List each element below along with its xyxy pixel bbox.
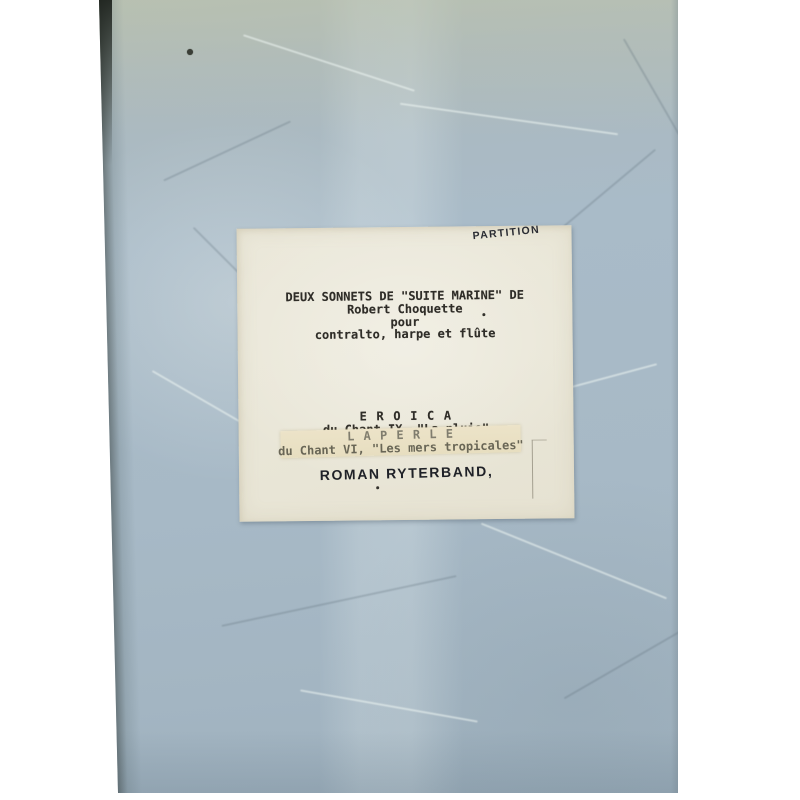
movement2-source: du Chant VI, "Les mers tropicales" [278,438,524,457]
pasted-correction-strip: L A P E R L E du Chant VI, "Les mers tro… [280,425,521,458]
cover-right-edge [671,0,678,793]
pencil-mark [532,440,548,499]
handwritten-partition-annotation: PARTITION [472,224,540,243]
cover-bottom-shadow [99,723,678,793]
score-cover: PARTITION DEUX SONNETS DE "SUITE MARINE"… [99,0,678,793]
cover-top-tint [99,0,678,150]
instrumentation: contralto, harpe et flûte [238,327,573,343]
ink-speck [187,49,193,55]
cover-spine-dark-mark [99,0,112,165]
ink-speck [482,313,485,316]
photo-backdrop: PARTITION DEUX SONNETS DE "SUITE MARINE"… [0,0,800,800]
pasted-title-label: PARTITION DEUX SONNETS DE "SUITE MARINE"… [236,225,574,521]
handwritten-composer-name: ROMAN RYTERBAND, [239,461,574,485]
work-title-block: DEUX SONNETS DE "SUITE MARINE" DE Robert… [237,288,573,343]
ink-speck [376,486,379,489]
